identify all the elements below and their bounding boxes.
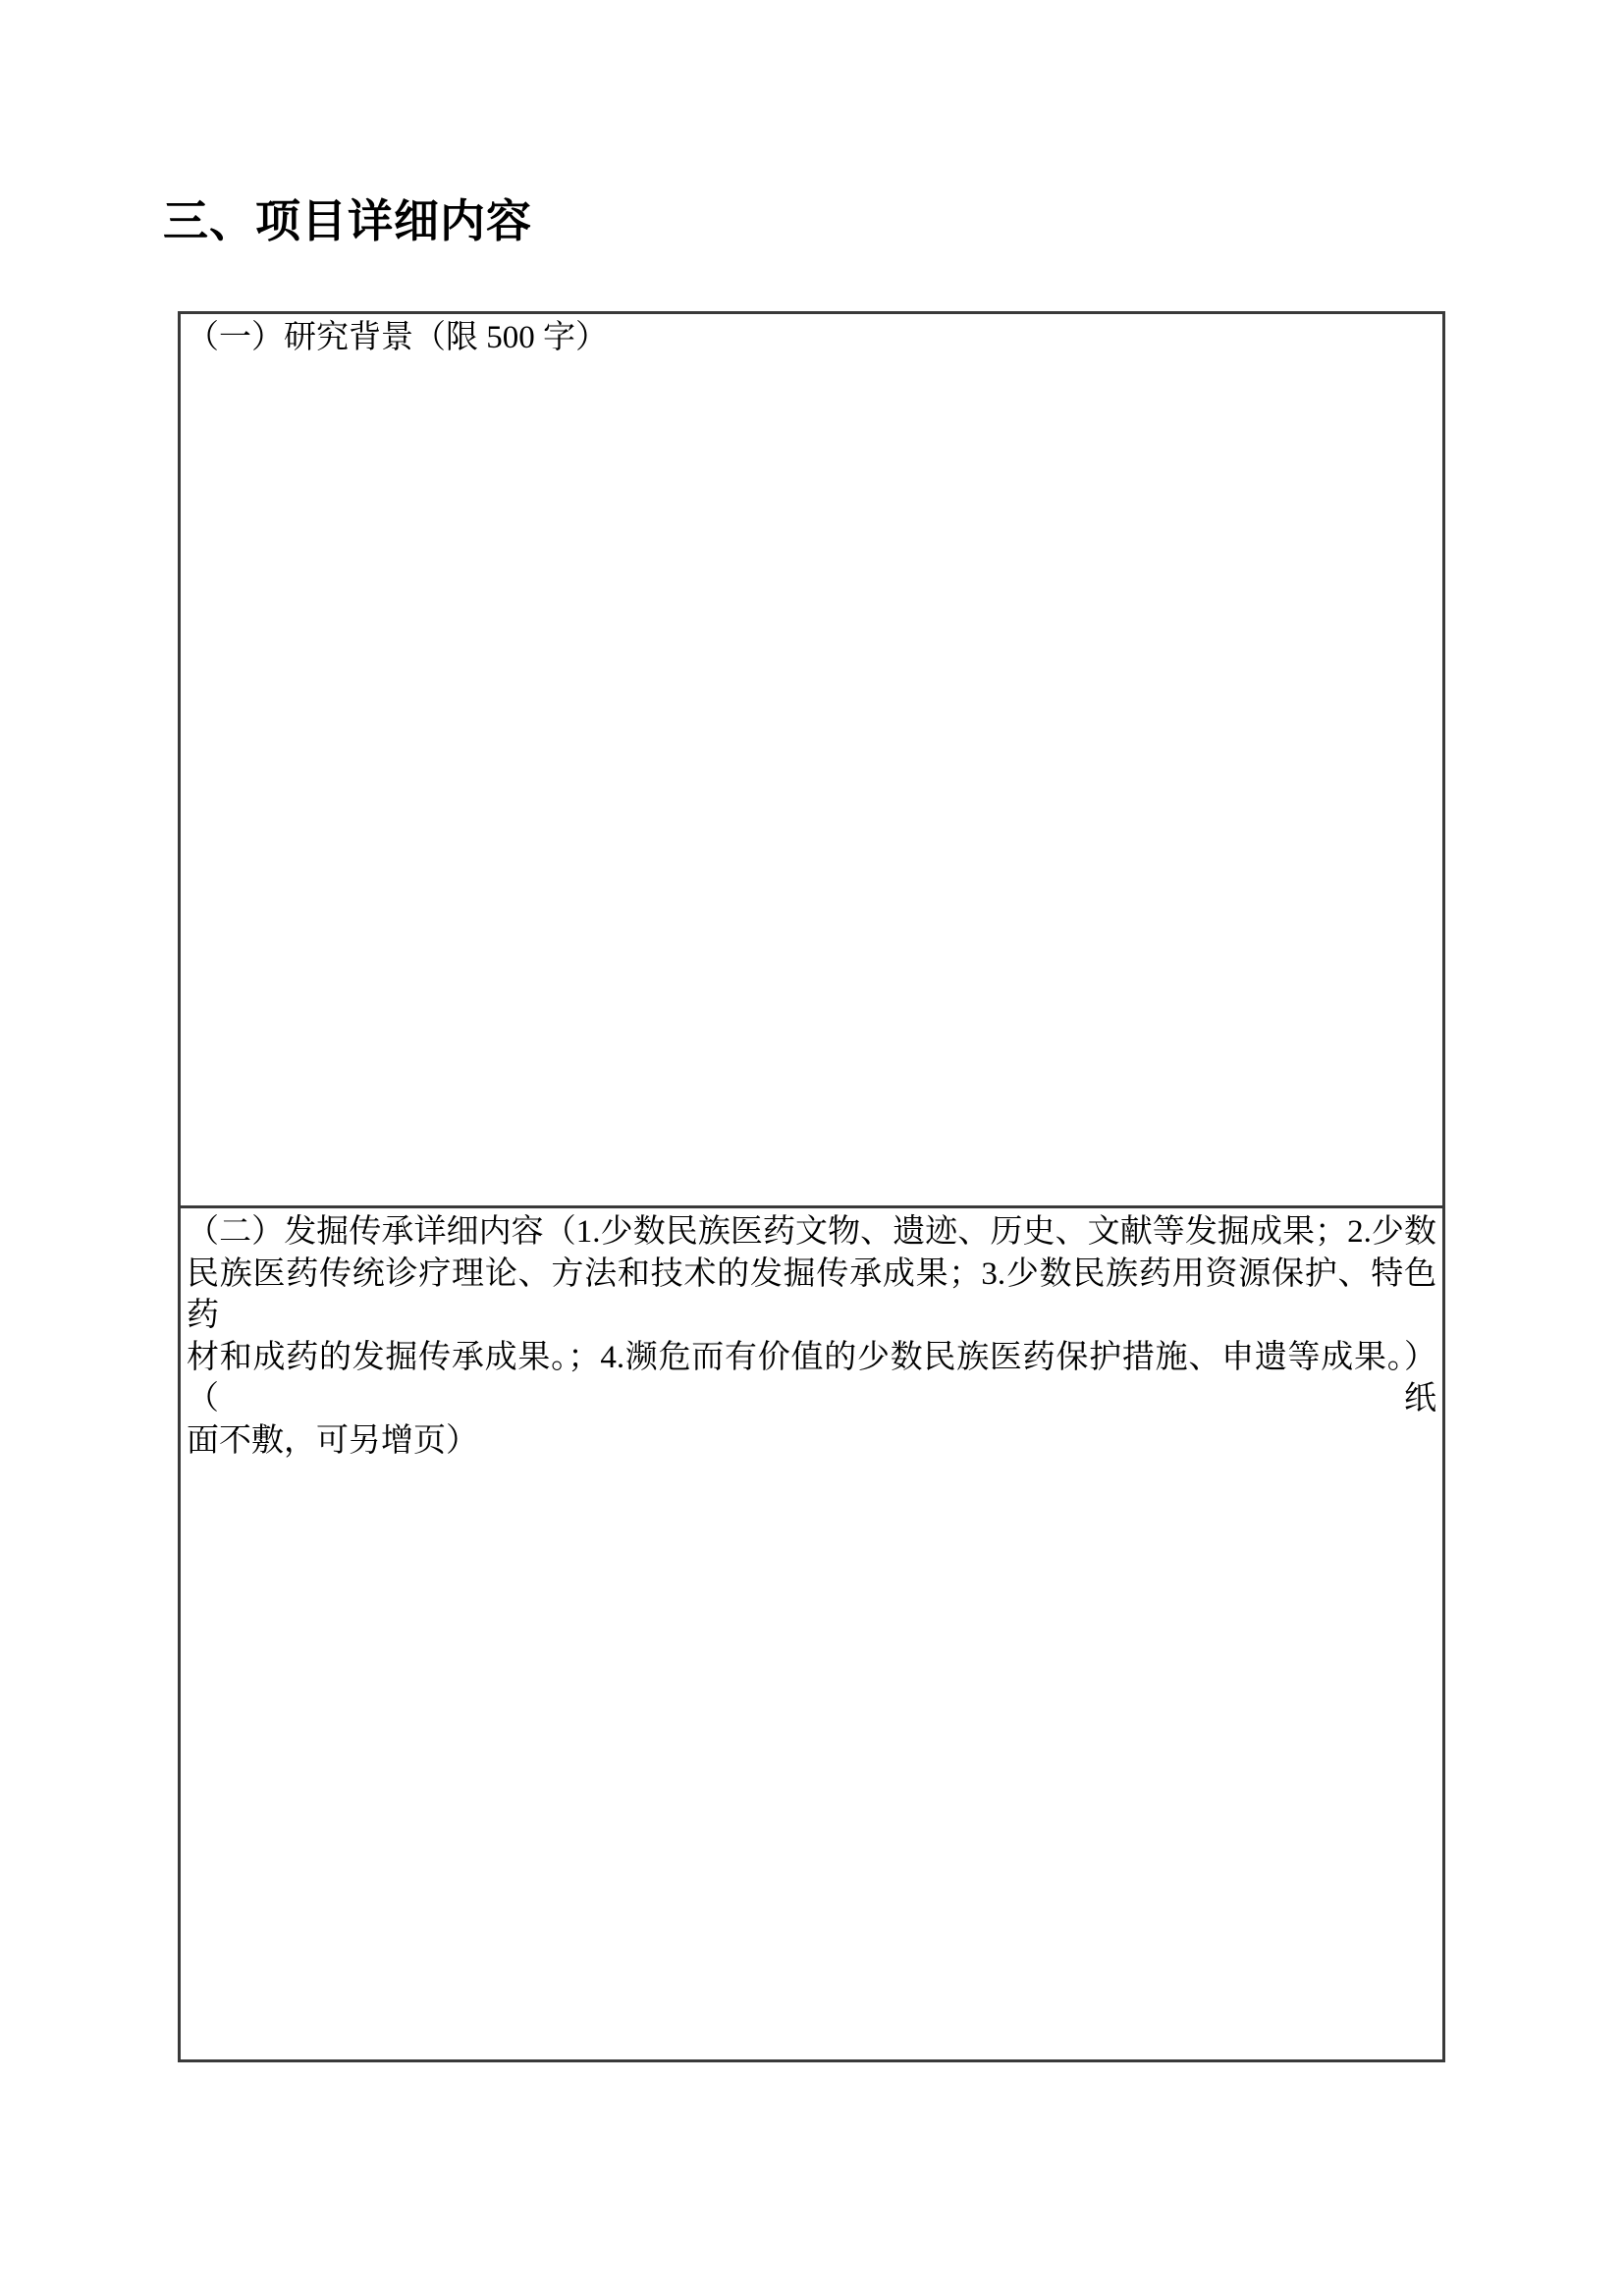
document-page: 三、项目详细内容 （一）研究背景（限 500 字） （二）发掘传承详细内容（1.…: [0, 0, 1624, 2296]
excavation-inheritance-header: （二）发掘传承详细内容（1.少数民族医药文物、遗迹、历史、文献等发掘成果；2.少…: [181, 1208, 1442, 1462]
research-background-section: （一）研究背景（限 500 字）: [181, 314, 1442, 1208]
excavation-header-line-3: 材和成药的发掘传承成果。；4.濒危而有价值的少数民族医药保护措施、申遗等成果。）…: [187, 1337, 1436, 1420]
excavation-inheritance-section: （二）发掘传承详细内容（1.少数民族医药文物、遗迹、历史、文献等发掘成果；2.少…: [181, 1208, 1442, 2059]
excavation-header-line-1: （二）发掘传承详细内容（1.少数民族医药文物、遗迹、历史、文献等发掘成果；2.少…: [187, 1211, 1436, 1254]
research-background-header: （一）研究背景（限 500 字）: [187, 317, 1436, 359]
page-title: 三、项目详细内容: [163, 194, 532, 247]
excavation-inheritance-input-area[interactable]: [181, 1462, 1442, 2059]
excavation-header-line-2: 民族医药传统诊疗理论、方法和技术的发掘传承成果；3.少数民族药用资源保护、特色药: [187, 1254, 1436, 1337]
project-detail-table: （一）研究背景（限 500 字） （二）发掘传承详细内容（1.少数民族医药文物、…: [178, 311, 1445, 2062]
excavation-header-line-4: 面不敷，可另增页）: [187, 1420, 1436, 1463]
research-background-input-area[interactable]: [181, 359, 1442, 1206]
